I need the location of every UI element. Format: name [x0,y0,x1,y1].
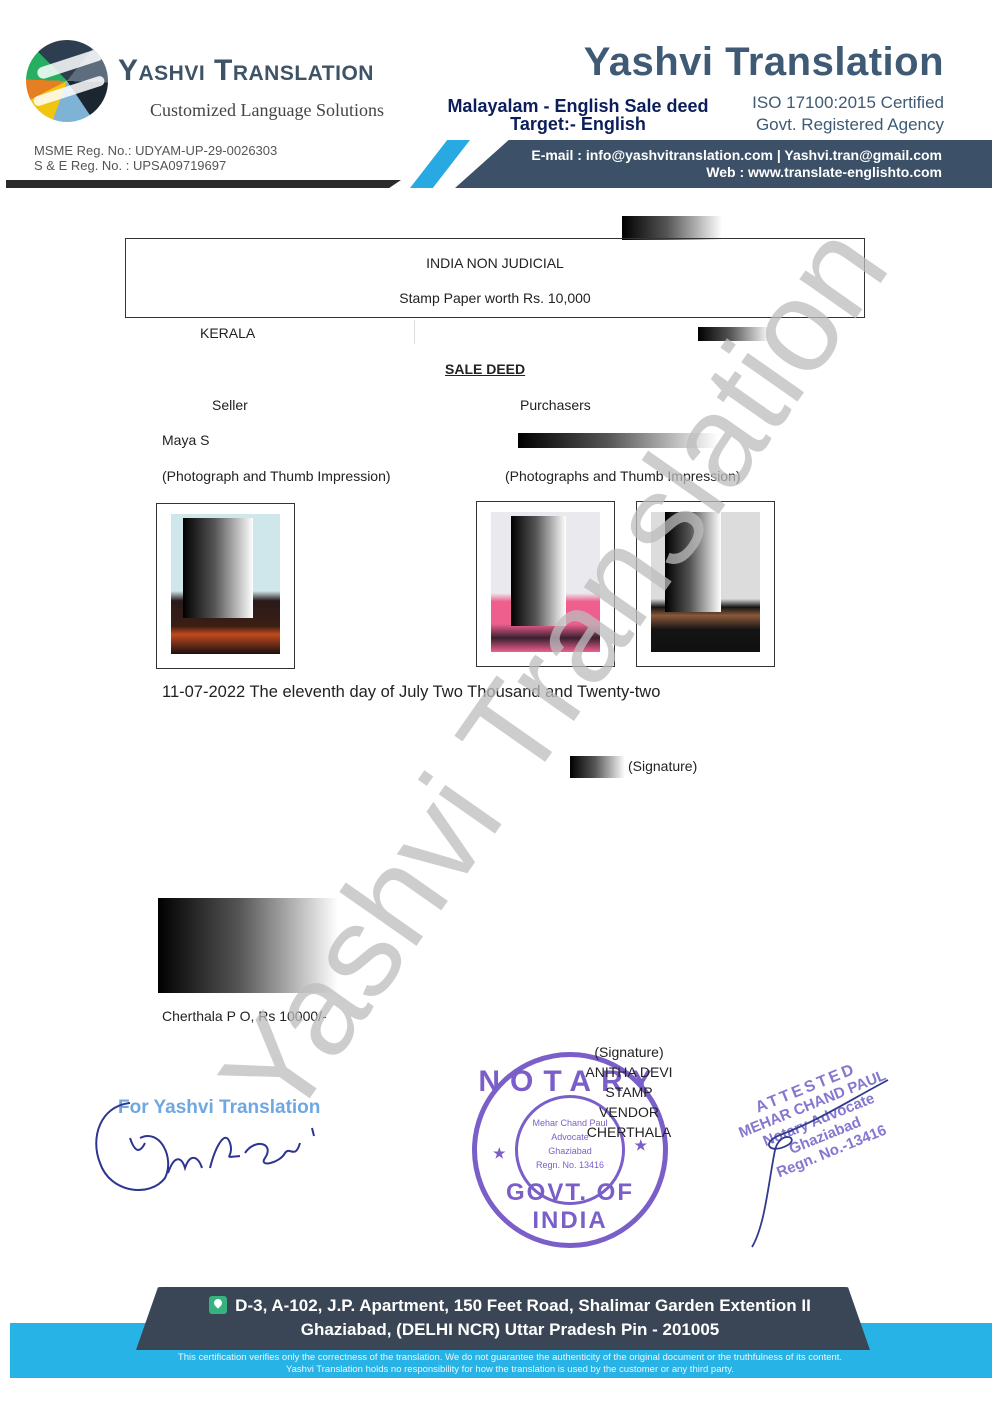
purchaser-signature-label: (Signature) [628,758,697,774]
address-line2: Ghaziabad, (DELHI NCR) Uttar Pradesh Pin… [170,1318,850,1342]
stamp-line2: Stamp Paper worth Rs. 10,000 [126,290,864,306]
state-label: KERALA [200,325,255,341]
certification-info: ISO 17100:2015 Certified Govt. Registere… [752,92,944,136]
redacted-face [665,512,721,612]
stamp-vendor-block: (Signature) ANITHA DEVI STAMP VENDOR CHE… [574,1042,684,1142]
seller-label: Seller [212,397,248,413]
header-rule [6,180,401,188]
stamp-paper-box: INDIA NON JUDICIAL Stamp Paper worth Rs.… [125,238,865,318]
deed-title: SALE DEED [445,361,525,377]
stamp-line1: INDIA NON JUDICIAL [126,255,864,271]
place-amount: Cherthala P O, Rs 10000/- [162,1008,327,1024]
contact-info: E-mail : info@yashvitranslation.com | Ya… [531,147,942,181]
redacted-face [183,518,253,618]
company-title: Yashvi Translation [584,40,944,85]
purchasers-photo-caption: (Photographs and Thumb Impression) [505,468,741,484]
redacted-stamp-number [622,216,722,240]
redacted-address-block [158,898,338,993]
doc-title-line1: Malayalam - English Sale deed [428,97,728,115]
web-line: Web : www.translate-englishto.com [531,164,942,181]
globe-logo-icon [26,40,108,122]
redacted-face [511,516,566,626]
redacted-signature [570,756,625,778]
redacted-purchaser-names [518,433,718,448]
deed-date: 11-07-2022 The eleventh day of July Two … [162,683,660,702]
disclaimer-line2: Yashvi Translation holds no responsibili… [60,1364,960,1376]
email-line: E-mail : info@yashvitranslation.com | Ya… [531,147,942,164]
disclaimer: This certification verifies only the cor… [60,1352,960,1376]
seller-photo-caption: (Photograph and Thumb Impression) [162,468,391,484]
divider [414,320,415,344]
seal-inner-line4: Regn. No. 13416 [518,1158,622,1172]
vendor-place: CHERTHALA [574,1122,684,1142]
se-reg: S & E Reg. No. : UPSA09719697 [34,158,277,173]
redacted-serial [698,327,770,341]
doc-title-line2: Target:- English [428,115,728,133]
brand-name: Yashvi Translation [118,54,374,88]
seller-photo [156,503,295,669]
translator-signature-icon [90,1098,330,1198]
seal-bottom-text: GOVT. OF INDIA [477,1179,663,1235]
purchaser-photo-2 [636,501,775,667]
footer-address: D-3, A-102, J.P. Apartment, 150 Feet Roa… [170,1294,850,1342]
address-line1: D-3, A-102, J.P. Apartment, 150 Feet Roa… [235,1296,811,1315]
govt-line: Govt. Registered Agency [752,114,944,136]
vendor-signature-label: (Signature) [574,1042,684,1062]
star-icon: ★ [493,1145,506,1162]
seller-name: Maya S [162,432,209,448]
seal-inner-line3: Ghaziabad [518,1144,622,1158]
disclaimer-line1: This certification verifies only the cor… [60,1352,960,1364]
attestation-signature-icon [740,1075,890,1255]
brand-tagline: Customized Language Solutions [150,100,384,121]
msme-reg: MSME Reg. No.: UDYAM-UP-29-0026303 [34,143,277,158]
document-title: Malayalam - English Sale deed Target:- E… [428,97,728,133]
vendor-name: ANITHA DEVI [574,1062,684,1082]
vendor-role: STAMP VENDOR [574,1082,684,1122]
registration-numbers: MSME Reg. No.: UDYAM-UP-29-0026303 S & E… [34,143,277,173]
watermark: Yashvi Translation [190,198,917,1146]
location-pin-icon [209,1296,227,1314]
purchaser-photo-1 [476,501,615,667]
purchasers-label: Purchasers [520,397,591,413]
iso-line: ISO 17100:2015 Certified [752,92,944,114]
header-accent-slash [410,140,470,188]
